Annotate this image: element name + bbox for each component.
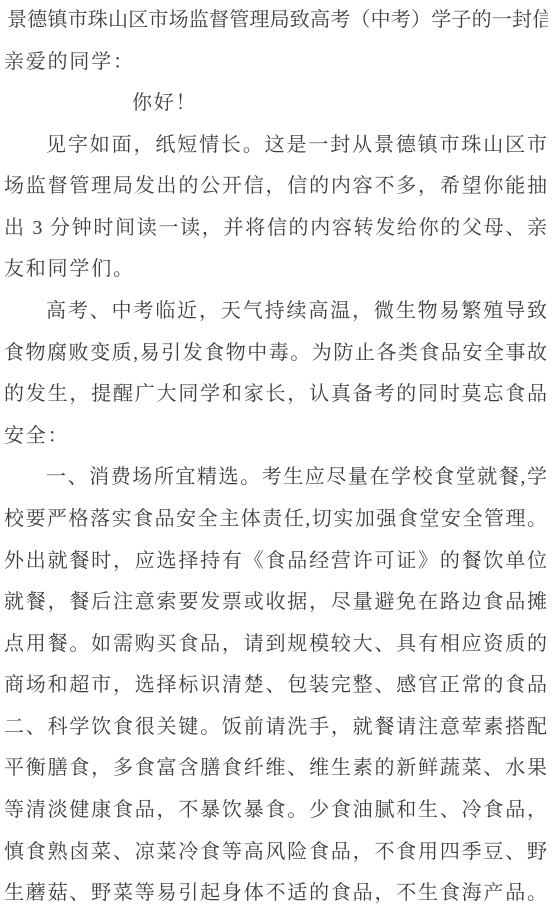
body-line: 二、科学饮食很关键。饭前请洗手，就餐请注意荤素搭配	[4, 707, 548, 749]
body-line: 校要严格落实食品安全主体责任,切实加强食堂安全管理。	[4, 499, 548, 541]
body-line: 生蘑菇、野菜等易引起身体不适的食品，不生食海产品。	[4, 873, 548, 915]
body-line: 平衡膳食，多食富含膳食纤维、维生素的新鲜蔬菜、水果	[4, 748, 548, 790]
body-line: 高考、中考临近，天气持续高温，微生物易繁殖导致	[4, 291, 548, 333]
body-line: 就餐，餐后注意索要发票或收据，尽量避免在路边食品摊	[4, 582, 548, 624]
body-line: 商场和超市，选择标识清楚、包装完整、感官正常的食品	[4, 665, 548, 707]
body-line: 一、消费场所宜精选。考生应尽量在学校食堂就餐,学	[4, 457, 548, 499]
letter-document: 景德镇市珠山区市场监督管理局致高考（中考）学子的一封信 亲爱的同学： 你好！ 见…	[0, 0, 554, 915]
body-line: 食物腐败变质,易引发食物中毒。为防止各类食品安全事故	[4, 333, 548, 375]
body-line: 外出就餐时，应选择持有《食品经营许可证》的餐饮单位	[4, 541, 548, 583]
body-line: 友和同学们。	[4, 249, 548, 291]
body-line: 的发生，提醒广大同学和家长，认真备考的同时莫忘食品	[4, 374, 548, 416]
salutation-line: 亲爱的同学：	[4, 42, 548, 84]
body-line: 见字如面，纸短情长。这是一封从景德镇市珠山区市	[4, 125, 548, 167]
body-line: 等清淡健康食品，不暴饮暴食。少食油腻和生、冷食品，	[4, 790, 548, 832]
body-line: 出 3 分钟时间读一读，并将信的内容转发给你的父母、亲	[4, 208, 548, 250]
greeting-line: 你好！	[4, 83, 548, 125]
body-line: 安全：	[4, 416, 548, 458]
body-line: 慎食熟卤菜、凉菜冷食等高风险食品，不食用四季豆、野	[4, 832, 548, 874]
letter-title: 景德镇市珠山区市场监督管理局致高考（中考）学子的一封信	[4, 0, 548, 42]
body-line: 点用餐。如需购买食品，请到规模较大、具有相应资质的	[4, 624, 548, 666]
body-line: 场监督管理局发出的公开信，信的内容不多，希望你能抽	[4, 166, 548, 208]
